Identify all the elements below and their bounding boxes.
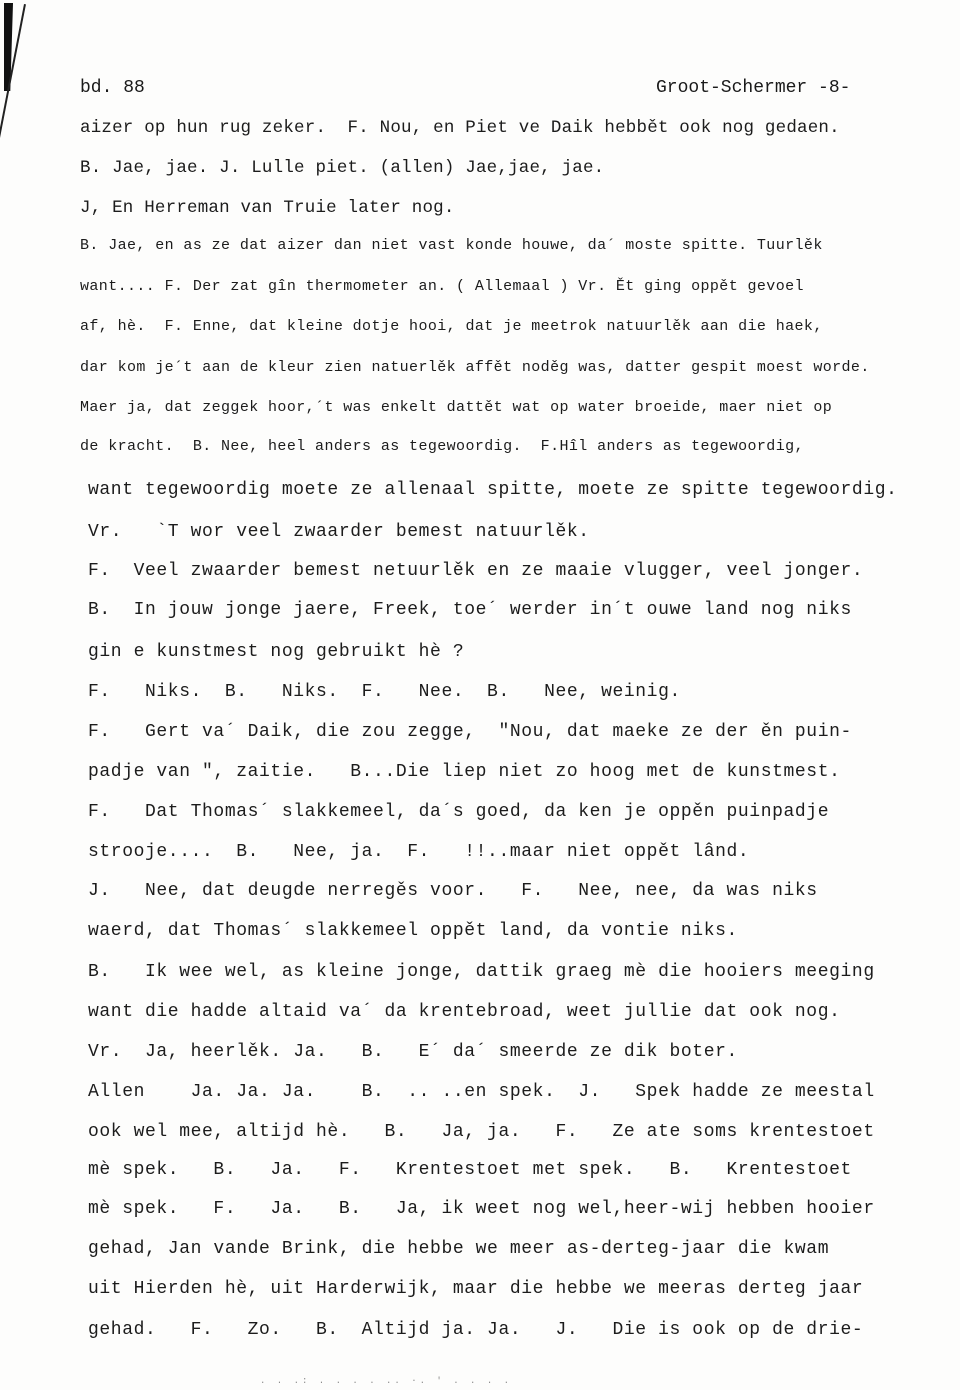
transcript-line: want tegewoordig moete ze allenaal spitt… <box>88 480 898 500</box>
transcript-line: gehad, Jan vande Brink, die hebbe we mee… <box>88 1239 829 1259</box>
transcript-line: Vr. Ja, heerlěk. Ja. B. E´ da´ smeerde z… <box>88 1042 738 1062</box>
transcript-line: Allen Ja. Ja. Ja. B. .. ..en spek. J. Sp… <box>88 1082 875 1102</box>
transcript-line: gehad. F. Zo. B. Altijd ja. Ja. J. Die i… <box>88 1320 863 1340</box>
transcript-line: mè spek. B. Ja. F. Krentestoet met spek.… <box>88 1160 852 1180</box>
transcript-line: F. Veel zwaarder bemest netuurlěk en ze … <box>88 561 863 581</box>
typescript-page: bd. 88 Groot-Schermer -8- aizer op hun r… <box>0 0 960 1390</box>
transcript-line: de kracht. B. Nee, heel anders as tegewo… <box>80 438 804 455</box>
transcript-line: ook wel mee, altijd hè. B. Ja, ja. F. Ze… <box>88 1122 875 1142</box>
transcript-line: mè spek. F. Ja. B. Ja, ik weet nog wel,h… <box>88 1199 875 1219</box>
transcript-line: strooje.... B. Nee, ja. F. !!..maar niet… <box>88 842 749 862</box>
transcript-line: F. Niks. B. Niks. F. Nee. B. Nee, weinig… <box>88 682 681 702</box>
transcript-line: B. Jae, en as ze dat aizer dan niet vast… <box>80 237 823 254</box>
transcript-line: Vr. `T wor veel zwaarder bemest natuurlě… <box>88 522 590 542</box>
transcript-line: F. Gert va´ Daik, die zou zegge, "Nou, d… <box>88 722 852 742</box>
transcript-line: F. Dat Thomas´ slakkemeel, da´s goed, da… <box>88 802 829 822</box>
transcript-line: J, En Herreman van Truie later nog. <box>80 198 455 218</box>
transcript-line: want.... F. Der zat gîn thermometer an. … <box>80 278 804 295</box>
page-reference: bd. 88 <box>80 78 145 98</box>
transcript-line: uit Hierden hè, uit Harderwijk, maar die… <box>88 1279 863 1299</box>
page-location-title: Groot-Schermer -8- <box>656 78 850 98</box>
transcript-line: padje van ", zaitie. B...Die liep niet z… <box>88 762 841 782</box>
transcript-line: B. In jouw jonge jaere, Freek, toe´ werd… <box>88 600 852 620</box>
transcript-line: B. Jae, jae. J. Lulle piet. (allen) Jae,… <box>80 158 604 178</box>
transcript-line: B. Ik wee wel, as kleine jonge, dattik g… <box>88 962 875 982</box>
scan-edge-line <box>0 4 26 177</box>
transcript-line: aizer op hun rug zeker. F. Nou, en Piet … <box>80 118 840 138</box>
transcript-line: Maer ja, dat zeggek hoor,´t was enkelt d… <box>80 399 832 416</box>
transcript-line: gin e kunstmest nog gebruikt hè ? <box>88 642 464 662</box>
transcript-line: J. Nee, dat deugde nerregěs voor. F. Nee… <box>88 881 818 901</box>
transcript-line: dar kom je´t aan de kleur zien natuerlěk… <box>80 359 870 376</box>
transcript-line: waerd, dat Thomas´ slakkemeel oppět land… <box>88 921 738 941</box>
scan-noise: . . .: . . . . .. ·. ' . . . . <box>260 1376 512 1386</box>
transcript-line: want die hadde altaid va´ da krentebroad… <box>88 1002 841 1022</box>
transcript-line: af, hè. F. Enne, dat kleine dotje hooi, … <box>80 318 823 335</box>
